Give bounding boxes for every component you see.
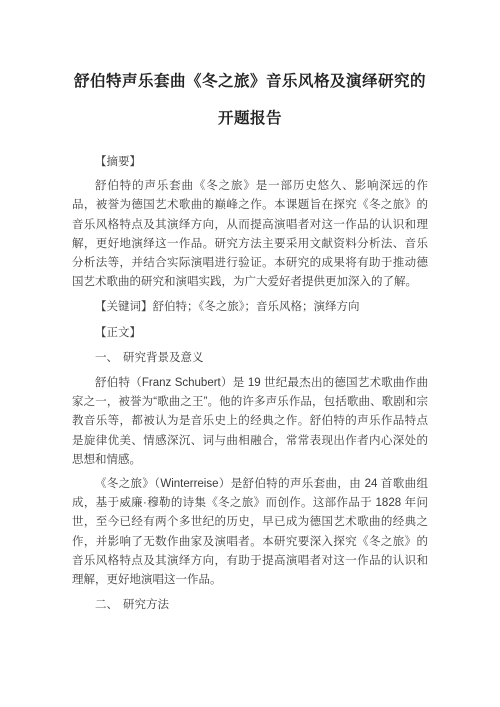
abstract-paragraph: 舒伯特的声乐套曲《冬之旅》是一部历史悠久、影响深远的作品，被誉为德国艺术歌曲的巅… [72,177,428,292]
section-1-paragraph-2: 《冬之旅》（Winterreise）是舒伯特的声乐套曲，由 24 首歌曲组成，基… [72,475,428,590]
document-page: 舒伯特声乐套曲《冬之旅》音乐风格及演绎研究的 开题报告 【摘要】 舒伯特的声乐套… [0,0,500,707]
document-title-line-1: 舒伯特声乐套曲《冬之旅》音乐风格及演绎研究的 [72,63,428,100]
section-1-number: 一、 [95,352,118,364]
keywords-text: 舒伯特；《冬之旅》；音乐风格；演绎方向 [153,301,360,313]
section-2-heading: 二、研究方法 [72,596,428,615]
section-2-heading-text: 研究方法 [123,599,169,611]
keywords-label: 【关键词】 [95,301,153,313]
abstract-label: 【摘要】 [72,153,428,172]
section-1-heading: 一、研究背景及意义 [72,349,428,368]
document-title-line-2: 开题报告 [72,100,428,137]
keywords-line: 【关键词】舒伯特；《冬之旅》；音乐风格；演绎方向 [72,298,428,317]
section-2-number: 二、 [95,599,118,611]
section-1-paragraph-1: 舒伯特（Franz Schubert）是 19 世纪最杰出的德国艺术歌曲作曲家之… [72,374,428,470]
section-1-heading-text: 研究背景及意义 [123,352,204,364]
body-label: 【正文】 [72,324,428,343]
document-title: 舒伯特声乐套曲《冬之旅》音乐风格及演绎研究的 开题报告 [72,63,428,137]
